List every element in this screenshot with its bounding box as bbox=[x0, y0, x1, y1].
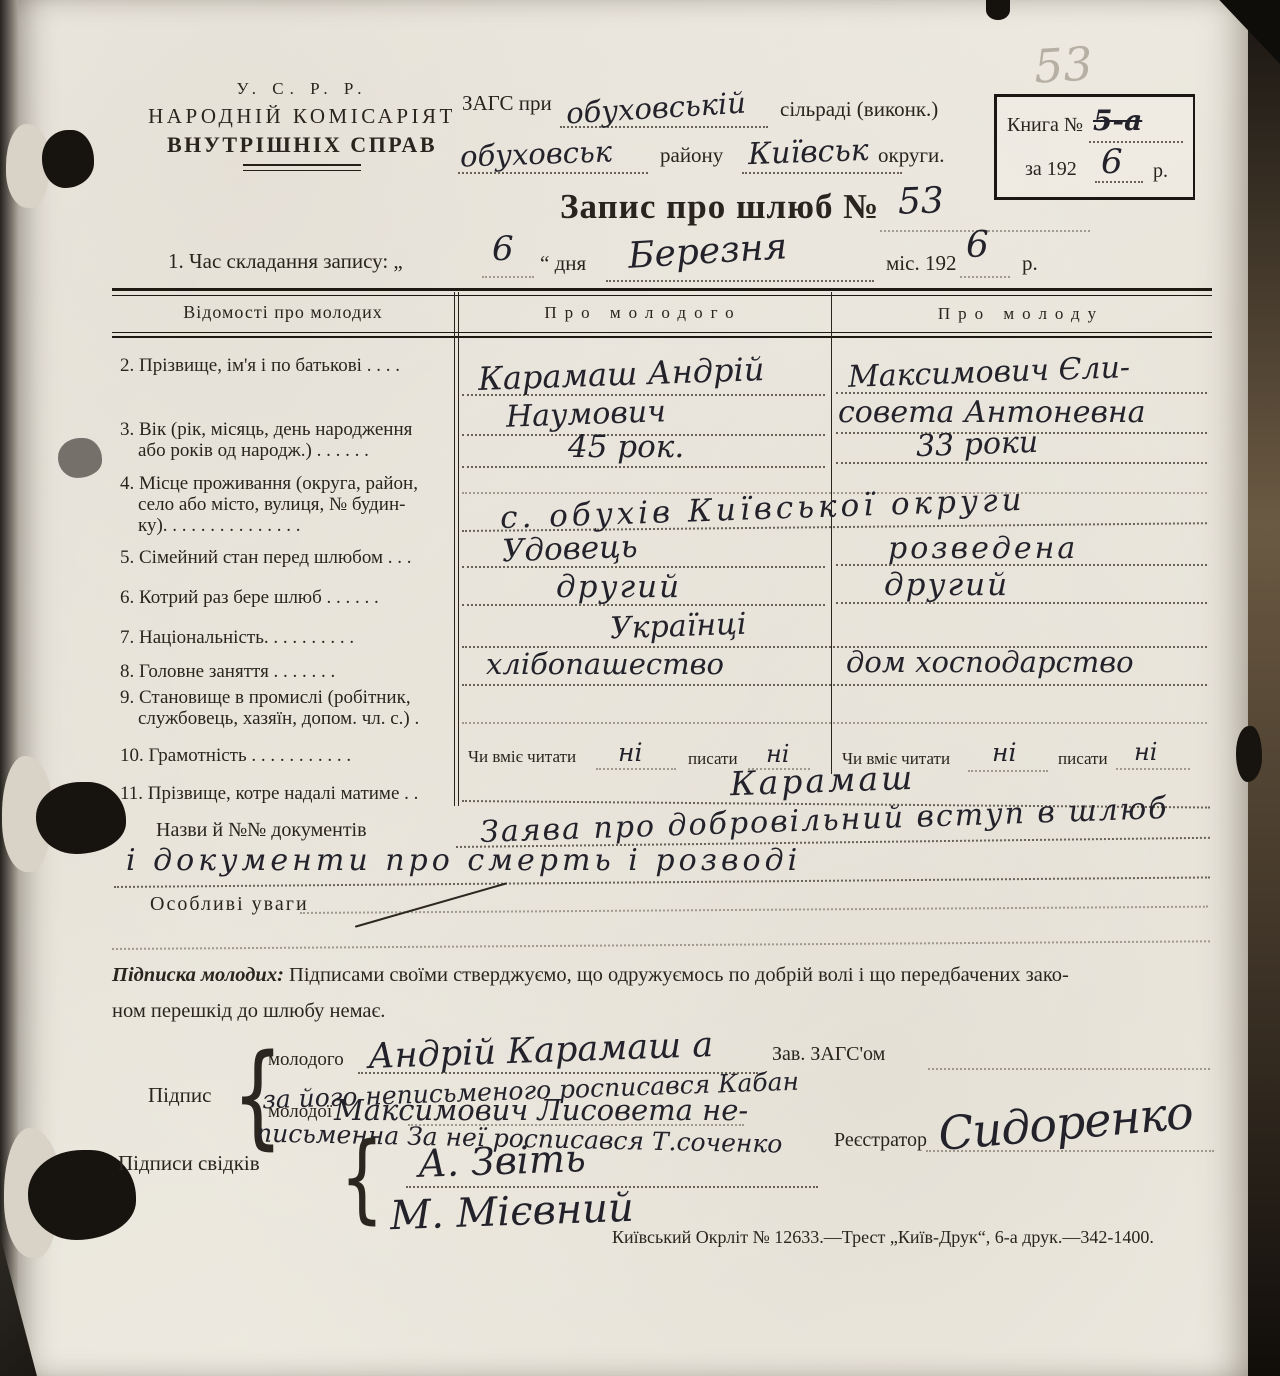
entry-time-mid: “ дня bbox=[540, 252, 586, 275]
write-line bbox=[1116, 768, 1190, 770]
pencil-number: 53 bbox=[1033, 40, 1094, 89]
org-line-ussr: У. С. Р. Р. bbox=[120, 80, 484, 98]
torn-hole bbox=[58, 438, 102, 478]
bride-occupation: дом хосподарство bbox=[846, 648, 1134, 677]
entry-time-post: р. bbox=[1022, 252, 1038, 275]
row10-label: 10. Грамотність . . . . . . . . . . . bbox=[120, 746, 351, 767]
groom-signature-label: молодого bbox=[268, 1050, 344, 1071]
org-underline bbox=[243, 164, 361, 171]
table-header-col2: Про молодого bbox=[456, 304, 830, 322]
record-number-handwriting: 53 bbox=[897, 183, 944, 221]
scanned-marriage-record: У. С. Р. Р. НАРОДНІЙ КОМІСАРІЯТ ВНУТРІШН… bbox=[0, 0, 1280, 1376]
table-header-rule bbox=[112, 332, 1212, 338]
groom-occupation: хлібопашество bbox=[486, 650, 724, 679]
groom-read-value: ні bbox=[618, 740, 642, 765]
table-top-rule bbox=[112, 288, 1212, 296]
write-line bbox=[836, 462, 1207, 464]
zags-line1-pre: ЗАГС при bbox=[462, 92, 552, 115]
row9-label-line1: 9. Становище в промислі (робітник, bbox=[120, 688, 411, 709]
org-line-internal-affairs: ВНУТРІШНІХ СПРАВ bbox=[120, 133, 484, 157]
table-divider-right bbox=[831, 292, 832, 774]
book-year-post: р. bbox=[1153, 161, 1168, 183]
zags-district-handwriting: обуховськ bbox=[460, 137, 613, 171]
write-line bbox=[596, 768, 676, 770]
write-line bbox=[968, 770, 1048, 772]
witnesses-brace: { bbox=[340, 1130, 384, 1226]
row8-label: 8. Головне заняття . . . . . . . bbox=[120, 662, 335, 683]
row3-label-line1: 3. Вік (рік, місяць, день народження bbox=[120, 420, 412, 441]
book-number-handwriting: 5-а bbox=[1093, 107, 1142, 135]
bride-age: 33 роки bbox=[916, 428, 1039, 462]
bride-marital-status: розведена bbox=[888, 534, 1078, 564]
documents-label: Назви й №№ документів bbox=[156, 820, 367, 842]
scan-right-band bbox=[1248, 0, 1280, 1376]
groom-marriage-count: другий bbox=[556, 572, 681, 603]
entry-year-line bbox=[960, 276, 1010, 278]
groom-age: 45 рок. bbox=[568, 432, 684, 463]
nationality-value: Українці bbox=[610, 610, 748, 645]
zags-okruga-line bbox=[742, 172, 902, 174]
signature-label: Підпис bbox=[148, 1084, 211, 1107]
torn-hole bbox=[42, 130, 94, 188]
witness1-signature: А. Звіть bbox=[417, 1139, 586, 1183]
pledge-lead: Підписка молодих: bbox=[112, 964, 284, 986]
zags-head-label: Зав. ЗАГС'ом bbox=[772, 1044, 885, 1066]
book-label: Книга № bbox=[1007, 115, 1083, 137]
book-year-line bbox=[1095, 181, 1143, 183]
row4-label-line2: село або місто, вулиця, № будин- bbox=[138, 495, 405, 516]
documents-handwriting-line2: і документи про смерть і розводі bbox=[126, 846, 801, 876]
witness2-signature: М. Мієвний bbox=[389, 1188, 634, 1236]
scan-mark-right bbox=[1236, 726, 1262, 782]
write-line bbox=[928, 1068, 1210, 1070]
pledge-text-line2: ном перешкід до шлюбу немає. bbox=[112, 1000, 1216, 1022]
entry-time-mid2: міс. 192 bbox=[886, 252, 956, 275]
row5-label: 5. Сімейний стан перед шлюбом . . . bbox=[120, 548, 412, 569]
groom-name-line1: Карамаш Андрій bbox=[478, 353, 765, 395]
row11-label: 11. Прізвище, котре надалі матиме . . bbox=[120, 784, 418, 805]
write-line bbox=[462, 684, 1207, 686]
future-surname-value: Карамаш bbox=[729, 761, 915, 800]
torn-hole bbox=[36, 782, 126, 854]
row2-label: 2. Прізвище, ім'я і по батькові . . . . bbox=[120, 356, 400, 377]
entry-month-handwriting: Березня bbox=[627, 229, 788, 275]
org-header: У. С. Р. Р. НАРОДНІЙ КОМІСАРІЯТ ВНУТРІШН… bbox=[120, 80, 484, 171]
bride-read-value: ні bbox=[992, 740, 1016, 765]
zags-okruga-handwriting: Київськ bbox=[748, 136, 870, 170]
row9-label-line2: службовець, хазяїн, допом. чл. с.) . bbox=[138, 709, 419, 730]
bride-write-label: писати bbox=[1058, 750, 1108, 768]
row3-label-line2: або років од народж.) . . . . . . bbox=[138, 441, 369, 462]
row4-label-line1: 4. Місце проживання (округа, район, bbox=[120, 474, 418, 495]
entry-year-handwriting: 6 bbox=[966, 228, 989, 264]
zags-line2-post: округи. bbox=[878, 144, 945, 167]
groom-read-label: Чи вміє читати bbox=[468, 748, 576, 766]
book-year-pre: за 192 bbox=[1025, 159, 1077, 181]
table-header-col3: Про молоду bbox=[832, 305, 1210, 323]
row4-label-line3: ку). . . . . . . . . . . . . . . bbox=[138, 516, 301, 537]
bride-write-value: ні bbox=[1134, 740, 1157, 764]
scan-mark-top bbox=[986, 0, 1010, 20]
org-line-commissariat: НАРОДНІЙ КОМІСАРІЯТ bbox=[120, 105, 484, 128]
imprint-line: Київський Окрліт № 12633.—Трест „Київ-Др… bbox=[612, 1228, 1154, 1247]
groom-marital-status: Удовець bbox=[502, 532, 639, 568]
remarks-label: Особливі уваги bbox=[150, 894, 309, 916]
pledge-text-line1: Підписами своїми стверджуємо, що одружує… bbox=[289, 964, 1069, 986]
write-line bbox=[462, 722, 1207, 724]
witnesses-label: Підписи свідків bbox=[118, 1152, 260, 1175]
entry-time-pre: 1. Час складання запису: „ bbox=[168, 250, 403, 273]
entry-day-handwriting: 6 bbox=[492, 232, 514, 266]
zags-line1-post: сільраді (виконк.) bbox=[780, 98, 938, 121]
bride-marriage-count: другий bbox=[884, 570, 1009, 601]
row6-label: 6. Котрий раз бере шлюб . . . . . . bbox=[120, 588, 379, 609]
zags-line2-mid: району bbox=[660, 144, 723, 167]
book-box: Книга № 5-а за 192 6 р. bbox=[994, 94, 1195, 200]
write-line bbox=[462, 466, 825, 468]
row7-label: 7. Національність. . . . . . . . . . bbox=[120, 628, 354, 649]
record-title: Запис про шлюб № bbox=[560, 188, 879, 226]
registrar-label: Реєстратор bbox=[834, 1130, 927, 1152]
pledge-paragraph: Підписка молодих: Підписами своїми ствер… bbox=[112, 964, 1216, 1022]
table-header-col1: Відомості про молодих bbox=[112, 303, 454, 322]
groom-name-line2: Наумович bbox=[506, 397, 667, 433]
table-divider-left bbox=[454, 292, 459, 806]
book-year-handwriting: 6 bbox=[1101, 145, 1123, 179]
bride-name-line2: совета Антоневна bbox=[838, 398, 1146, 428]
entry-day-line bbox=[482, 276, 534, 278]
entry-month-line bbox=[606, 280, 874, 282]
